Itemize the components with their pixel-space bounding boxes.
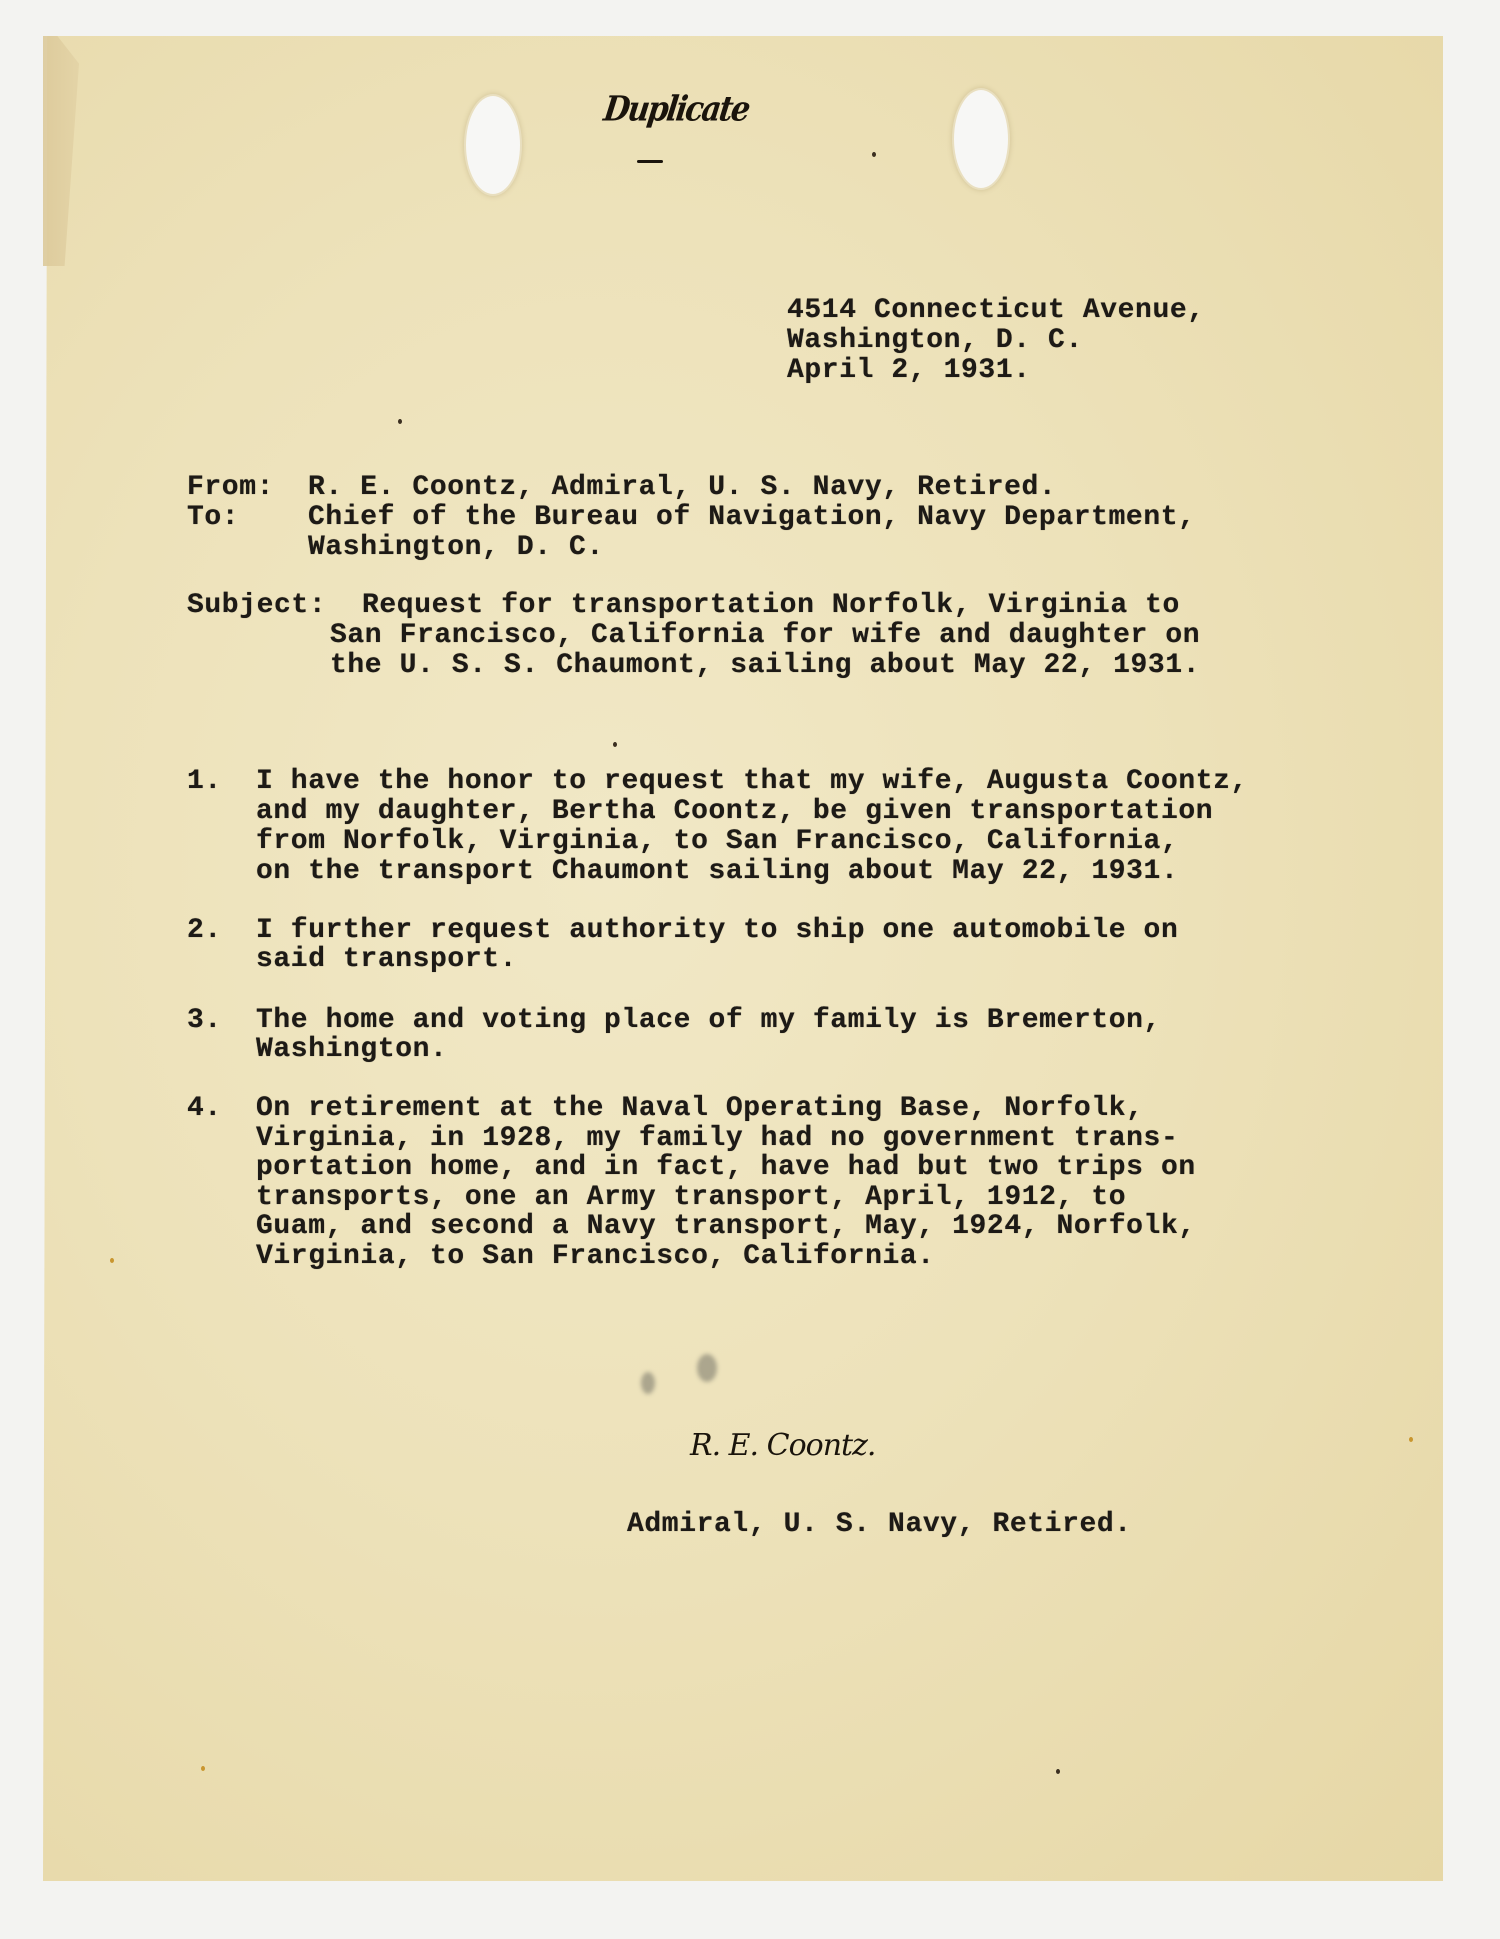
paragraph-line: The home and voting place of my family i… bbox=[256, 1006, 1161, 1036]
paragraph-line: from Norfolk, Virginia, to San Francisco… bbox=[256, 827, 1178, 857]
address-line-city: Washington, D. C. bbox=[787, 326, 1083, 356]
punch-hole-right bbox=[954, 90, 1008, 188]
paragraph-line: on the transport Chaumont sailing about … bbox=[256, 857, 1178, 887]
paper-speck bbox=[201, 1766, 205, 1771]
letter-date: April 2, 1931. bbox=[787, 356, 1031, 386]
paragraph-line: portation home, and in fact, have had bu… bbox=[256, 1153, 1196, 1183]
paper-speck bbox=[1056, 1769, 1060, 1774]
paragraph-number: 4. bbox=[187, 1094, 222, 1124]
ink-smudge bbox=[641, 1372, 655, 1394]
paper-speck bbox=[1409, 1437, 1413, 1442]
paragraph-line: Virginia, in 1928, my family had no gove… bbox=[256, 1124, 1178, 1154]
paragraph-line: I have the honor to request that my wife… bbox=[256, 767, 1248, 797]
duplicate-underline bbox=[637, 160, 663, 163]
paragraph-line: Virginia, to San Francisco, California. bbox=[256, 1242, 935, 1272]
paragraph-line: Guam, and second a Navy transport, May, … bbox=[256, 1212, 1196, 1242]
subject-line-3: the U. S. S. Chaumont, sailing about May… bbox=[330, 651, 1200, 681]
paragraph-number: 1. bbox=[187, 767, 222, 797]
paper-speck bbox=[613, 742, 617, 747]
paper-speck bbox=[398, 419, 402, 424]
from-label: From: bbox=[187, 473, 274, 503]
subject-line-2: San Francisco, California for wife and d… bbox=[330, 621, 1200, 651]
to-value-line-1: Chief of the Bureau of Navigation, Navy … bbox=[308, 503, 1196, 533]
ink-smudge bbox=[697, 1354, 717, 1382]
paragraph-line: On retirement at the Naval Operating Bas… bbox=[256, 1094, 1144, 1124]
to-label: To: bbox=[187, 503, 239, 533]
punch-hole-left bbox=[466, 96, 520, 194]
to-value-line-2: Washington, D. C. bbox=[308, 533, 604, 563]
signature: R. E. Coontz. bbox=[690, 1428, 875, 1463]
from-value: R. E. Coontz, Admiral, U. S. Navy, Retir… bbox=[308, 473, 1056, 503]
letter-paper bbox=[43, 36, 1443, 1881]
duplicate-handwritten-mark: Duplicate bbox=[601, 89, 751, 129]
signer-title: Admiral, U. S. Navy, Retired. bbox=[627, 1510, 1132, 1540]
paper-speck bbox=[110, 1258, 114, 1263]
paragraph-line: Washington. bbox=[256, 1035, 447, 1065]
paragraph-number: 2. bbox=[187, 916, 222, 946]
paper-speck bbox=[872, 152, 876, 157]
paragraph-line: transports, one an Army transport, April… bbox=[256, 1183, 1126, 1213]
paragraph-line: said transport. bbox=[256, 945, 517, 975]
subject-line-1: Request for transportation Norfolk, Virg… bbox=[362, 591, 1180, 621]
paragraph-line: and my daughter, Bertha Coontz, be given… bbox=[256, 797, 1213, 827]
paragraph-number: 3. bbox=[187, 1006, 222, 1036]
paragraph-line: I further request authority to ship one … bbox=[256, 916, 1178, 946]
address-line-street: 4514 Connecticut Avenue, bbox=[787, 296, 1205, 326]
subject-label: Subject: bbox=[187, 591, 326, 621]
